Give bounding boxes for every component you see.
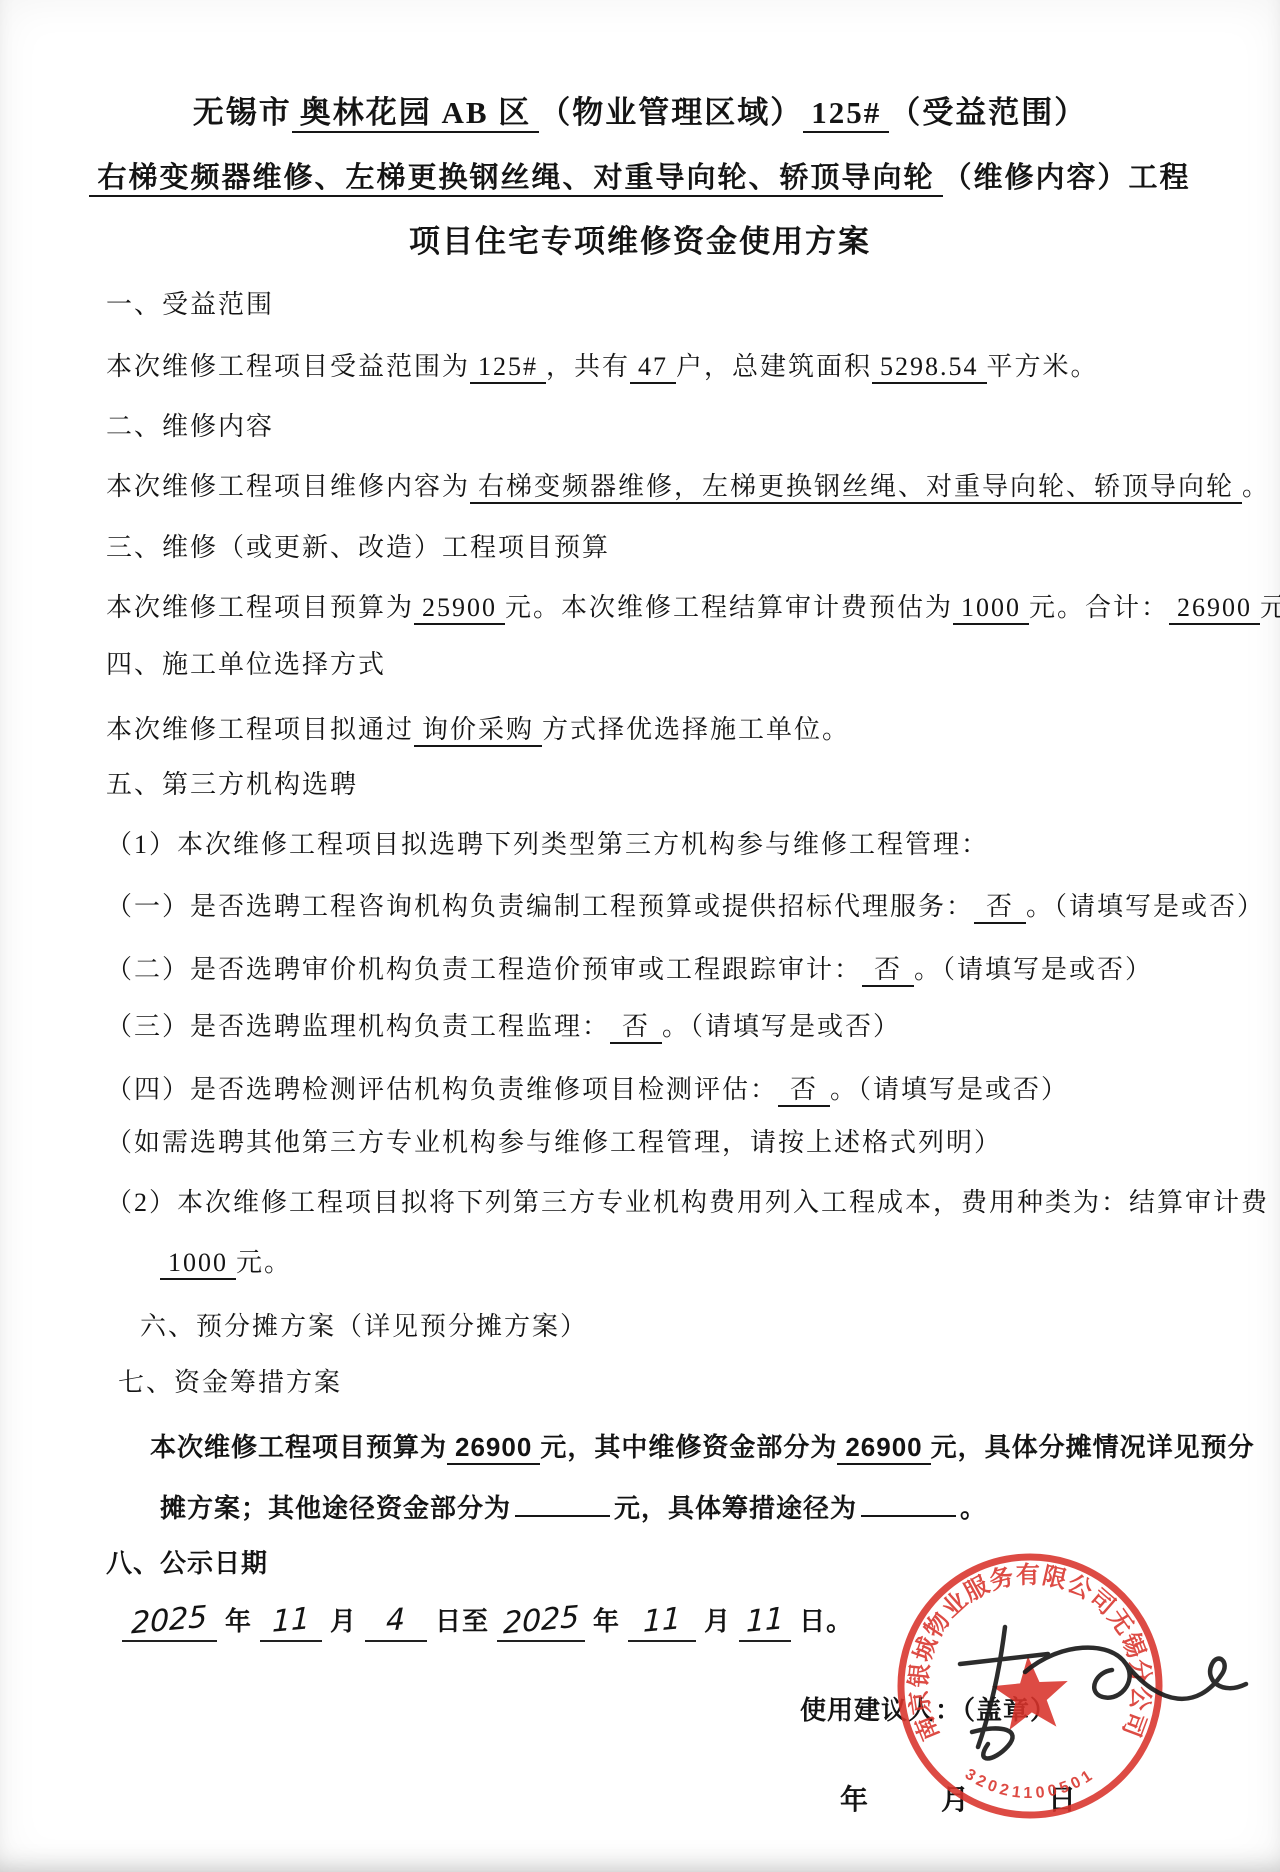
section-8-heading: 八、公示日期 (106, 1545, 268, 1581)
floor-area-value: 5298.54 (872, 352, 987, 384)
end-year-blank: 2025 (497, 1603, 585, 1642)
title-building-blank: 125# (803, 95, 889, 133)
doc-title-line-3: 项目住宅专项维修资金使用方案 (0, 224, 1280, 260)
question-price-review: （二）是否选聘审价机构负责工程造价预审或工程跟踪审计：否。（请填写是或否） (106, 952, 1153, 988)
section-4-body: 本次维修工程项目拟通过询价采购方式择优选择施工单位。 (106, 712, 850, 748)
doc-title-line-1: 无锡市奥林花园 AB 区（物业管理区域）125#（受益范围） (0, 95, 1280, 131)
section-3-body: 本次维修工程项目预算为25900元。本次维修工程结算审计费预估为1000元。合计… (106, 590, 1280, 626)
answer-supervision: 否 (610, 1012, 662, 1044)
section-5-note: （如需选聘其他第三方专业机构参与维修工程管理，请按上述格式列明） (106, 1125, 1002, 1161)
end-month-value: 11 (643, 1601, 682, 1641)
section-7-body-line-1: 本次维修工程项目预算为26900元，其中维修资金部分为26900元，具体分摊情况… (150, 1429, 1255, 1465)
start-day-value: 4 (386, 1602, 406, 1640)
total-value: 26900 (1169, 593, 1260, 625)
answer-consulting: 否 (974, 892, 1026, 924)
doc-title-line-2: 右梯变频器维修、左梯更换钢丝绳、对重导向轮、轿顶导向轮（维修内容）工程 (0, 160, 1280, 196)
audit-fee-value: 1000 (953, 593, 1029, 625)
cost-amount-value: 1000 (160, 1248, 236, 1280)
title-community-blank: 奥林花园 AB 区 (292, 95, 540, 133)
sign-year-label: 年 (840, 1784, 869, 1815)
budget-value: 25900 (414, 593, 505, 625)
repair-content-value: 右梯变频器维修，左梯更换钢丝绳、对重导向轮、轿顶导向轮 (470, 472, 1242, 504)
start-year-value: 2025 (131, 1600, 208, 1643)
question-inspection: （四）是否选聘检测评估机构负责维修项目检测评估：否。（请填写是或否） (106, 1072, 1069, 1108)
end-day-value: 11 (746, 1601, 785, 1641)
other-funds-blank (515, 1489, 610, 1517)
start-month-value: 11 (272, 1601, 311, 1641)
repair-fund-part-value: 26900 (837, 1432, 930, 1465)
question-supervision: （三）是否选聘监理机构负责工程监理：否。（请填写是或否） (106, 1009, 901, 1045)
publicity-date-line: 2025年11月4日至2025年11月11日。 (118, 1603, 857, 1642)
section-5-item-2: （2）本次维修工程项目拟将下列第三方专业机构费用列入工程成本，费用种类为：结算审… (106, 1185, 1269, 1221)
document-page: 无锡市奥林花园 AB 区（物业管理区域）125#（受益范围） 右梯变频器维修、左… (0, 0, 1280, 1872)
title-mid: （物业管理区域） (539, 95, 803, 130)
section-5-item-2-amount: 1000元。 (160, 1245, 292, 1281)
benefit-scope-value: 125# (470, 352, 546, 384)
section-2-body: 本次维修工程项目维修内容为右梯变频器维修，左梯更换钢丝绳、对重导向轮、轿顶导向轮… (106, 469, 1270, 505)
title-repair-content-label: （维修内容）工程 (943, 162, 1191, 194)
funding-channel-blank (861, 1489, 956, 1517)
household-count-value: 47 (630, 352, 676, 384)
answer-price-review: 否 (862, 955, 914, 987)
section-2-heading: 二、维修内容 (106, 409, 274, 445)
procurement-method-value: 询价采购 (414, 715, 542, 747)
title-benefit-scope: （受益范围） (889, 95, 1087, 130)
handwritten-signature (930, 1612, 1260, 1792)
section-3-heading: 三、维修（或更新、改造）工程项目预算 (106, 530, 610, 566)
section-7-body-line-2: 摊方案；其他途径资金部分为元，具体筹措途径为。 (160, 1489, 987, 1526)
section-1-body: 本次维修工程项目受益范围为125#，共有47户，总建筑面积5298.54平方米。 (106, 349, 1099, 385)
section-5-heading: 五、第三方机构选聘 (106, 767, 358, 803)
title-repair-content-blank: 右梯变频器维修、左梯更换钢丝绳、对重导向轮、轿顶导向轮 (89, 162, 942, 197)
funding-budget-value: 26900 (447, 1432, 540, 1465)
section-7-heading: 七、资金筹措方案 (118, 1365, 342, 1401)
section-1-heading: 一、受益范围 (106, 287, 274, 323)
start-day-blank: 4 (365, 1603, 427, 1642)
section-5-item-1: （1）本次维修工程项目拟选聘下列类型第三方机构参与维修工程管理： (106, 827, 989, 863)
end-year-value: 2025 (503, 1600, 580, 1643)
start-month-blank: 11 (260, 1603, 322, 1642)
start-year-blank: 2025 (122, 1603, 217, 1642)
question-consulting: （一）是否选聘工程咨询机构负责编制工程预算或提供招标代理服务：否。（请填写是或否… (106, 889, 1265, 925)
end-month-blank: 11 (628, 1603, 696, 1642)
title-city: 无锡市 (193, 95, 292, 130)
end-day-blank: 11 (739, 1603, 791, 1642)
section-4-heading: 四、施工单位选择方式 (106, 647, 386, 683)
section-6-heading: 六、预分摊方案（详见预分摊方案） (140, 1309, 588, 1345)
answer-inspection: 否 (778, 1075, 830, 1107)
